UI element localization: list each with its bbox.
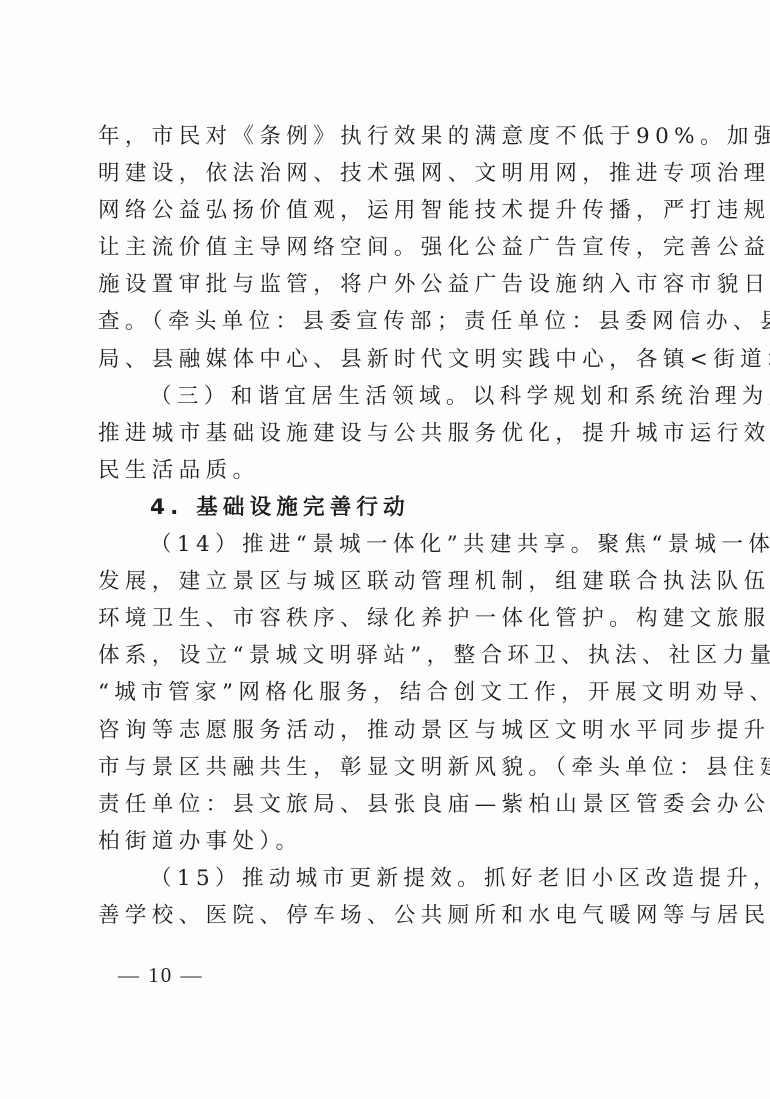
text-line: 发展，建立景区与城区联动管理机制，组建联合执法队伍，实现	[98, 563, 680, 600]
item-15-start: （15）推动城市更新提效。抓好老旧小区改造提升，配套完	[98, 860, 680, 897]
text-line: 明建设，依法治网、技术强网、文明用网，推进专项治理；推动	[98, 155, 680, 192]
text-line: 网络公益弘扬价值观，运用智能技术提升传播，严打违规行为，	[98, 192, 680, 229]
text-line: 体系，设立“景城文明驿站”，整合环卫、执法、社区力量推行	[98, 637, 680, 674]
text-line: 推进城市基础设施建设与公共服务优化，提升城市运行效率与居	[98, 415, 680, 452]
text-line: 柏街道办事处）。	[98, 823, 680, 860]
text-line: “城市管家”网格化服务，结合创文工作，开展文明劝导、旅游	[98, 674, 680, 711]
text-line: 市与景区共融共生，彰显文明新风貌。（牵头单位：县住建局；	[98, 749, 680, 786]
text-line: 施设置审批与监管，将户外公益广告设施纳入市容市貌日常督	[98, 266, 680, 303]
subsection-heading-4: 4. 基础设施完善行动	[98, 489, 680, 526]
document-page: 年，市民对《条例》执行效果的满意度不低于90%。加强网络文 明建设，依法治网、技…	[0, 0, 770, 1099]
text-line: 善学校、医院、停车场、公共厕所和水电气暖网等与居民生活息	[98, 897, 680, 934]
body-text: 年，市民对《条例》执行效果的满意度不低于90%。加强网络文 明建设，依法治网、技…	[98, 118, 680, 934]
text-line: 责任单位：县文旅局、县张良庙—紫柏山景区管委会办公室，紫	[98, 786, 680, 823]
text-line: 让主流价值主导网络空间。强化公益广告宣传，完善公益广告设	[98, 229, 680, 266]
text-line: 民生活品质。	[98, 452, 680, 489]
item-14-start: （14）推进“景城一体化”共建共享。聚焦“景城一体化”	[98, 526, 680, 563]
text-line: 局、县融媒体中心、县新时代文明实践中心，各镇<街道>）。	[98, 341, 680, 378]
text-line: 查。（牵头单位：县委宣传部；责任单位：县委网信办、县住建	[98, 303, 680, 340]
page-number: — 10 —	[118, 960, 204, 990]
text-line: 环境卫生、市容秩序、绿化养护一体化管护。构建文旅服务联动	[98, 600, 680, 637]
section-heading-three: （三）和谐宜居生活领域。以科学规划和系统治理为支撑，	[98, 378, 680, 415]
text-line: 年，市民对《条例》执行效果的满意度不低于90%。加强网络文	[98, 118, 680, 155]
text-line: 咨询等志愿服务活动，推动景区与城区文明水平同步提升，让城	[98, 712, 680, 749]
